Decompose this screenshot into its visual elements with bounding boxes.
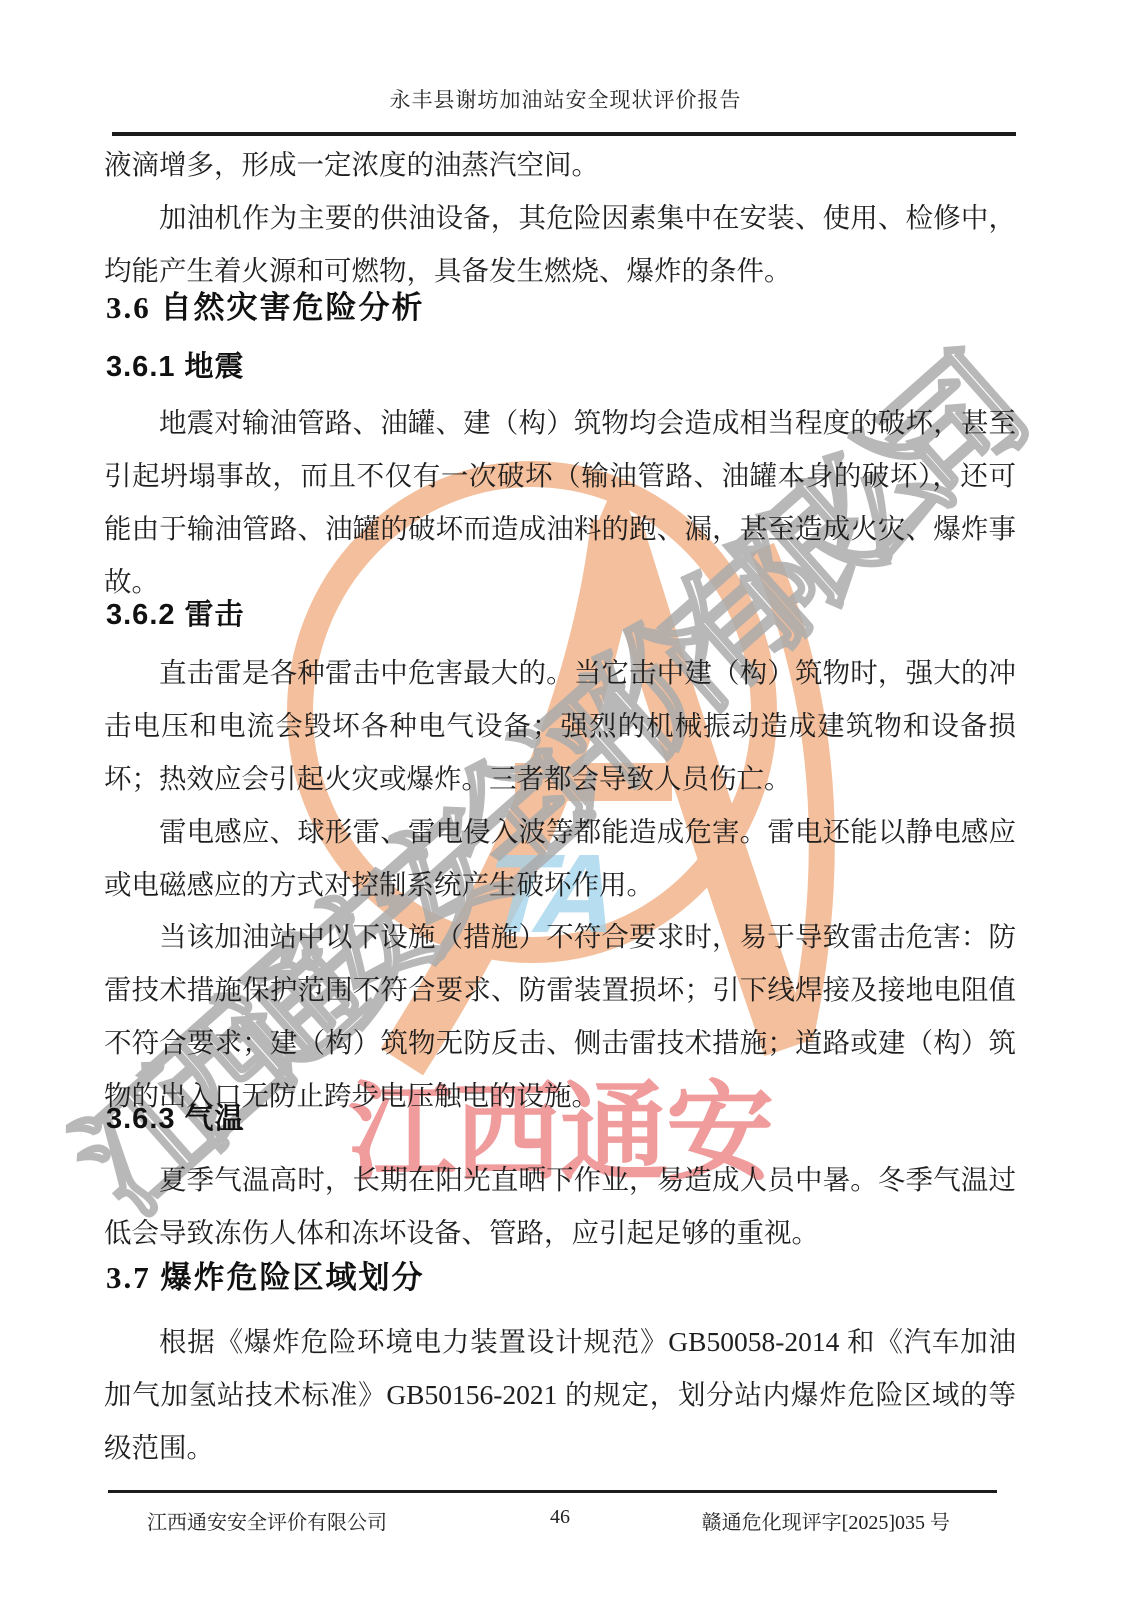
paragraph: 根据《爆炸危险环境电力装置设计规范》GB50058-2014 和《汽车加油加气加… <box>104 1315 1016 1474</box>
footer-page-number: 46 <box>550 1506 570 1529</box>
paragraph: 直击雷是各种雷击中危害最大的。当它击中建（构）筑物时，强大的冲击电压和电流会毁坏… <box>104 646 1016 805</box>
document-content: 永丰县谢坊加油站安全现状评价报告 液滴增多，形成一定浓度的油蒸汽空间。 加油机作… <box>0 0 1131 1600</box>
paragraph: 雷电感应、球形雷、雷电侵入波等都能造成危害。雷电还能以静电感应或电磁感应的方式对… <box>104 805 1016 911</box>
footer-doc-number: 赣通危化现评字[2025]035 号 <box>702 1506 950 1535</box>
section-heading-3-6-3: 3.6.3 气温 <box>106 1100 1018 1138</box>
paragraph: 当该加油站中以下设施（措施）不符合要求时，易于导致雷击危害：防雷技术措施保护范围… <box>104 910 1016 1122</box>
section-heading-3-6: 3.6 自然灾害危险分析 <box>106 288 1018 328</box>
section-heading-3-6-2: 3.6.2 雷击 <box>106 596 1018 634</box>
paragraph: 夏季气温高时，长期在阳光直晒下作业，易造成人员中暑。冬季气温过低会导致冻伤人体和… <box>104 1153 1016 1259</box>
header-rule <box>112 132 1016 136</box>
section-heading-3-6-1: 3.6.1 地震 <box>106 348 1018 386</box>
footer-rule <box>108 1490 997 1493</box>
paragraph: 加油机作为主要的供油设备，其危险因素集中在安装、使用、检修中，均能产生着火源和可… <box>104 191 1016 297</box>
paragraph: 地震对输油管路、油罐、建（构）筑物均会造成相当程度的破坏，甚至引起坍塌事故，而且… <box>104 396 1016 608</box>
report-page: TA 江西通安 江西通安安全评价有限公司 永丰县谢坊加油站安全现状评价报告 液滴… <box>0 0 1131 1600</box>
section-heading-3-7: 3.7 爆炸危险区域划分 <box>106 1258 1018 1298</box>
page-header-title: 永丰县谢坊加油站安全现状评价报告 <box>0 84 1131 114</box>
paragraph: 液滴增多，形成一定浓度的油蒸汽空间。 <box>104 138 1016 191</box>
footer-company-name: 江西通安安全评价有限公司 <box>147 1506 387 1535</box>
